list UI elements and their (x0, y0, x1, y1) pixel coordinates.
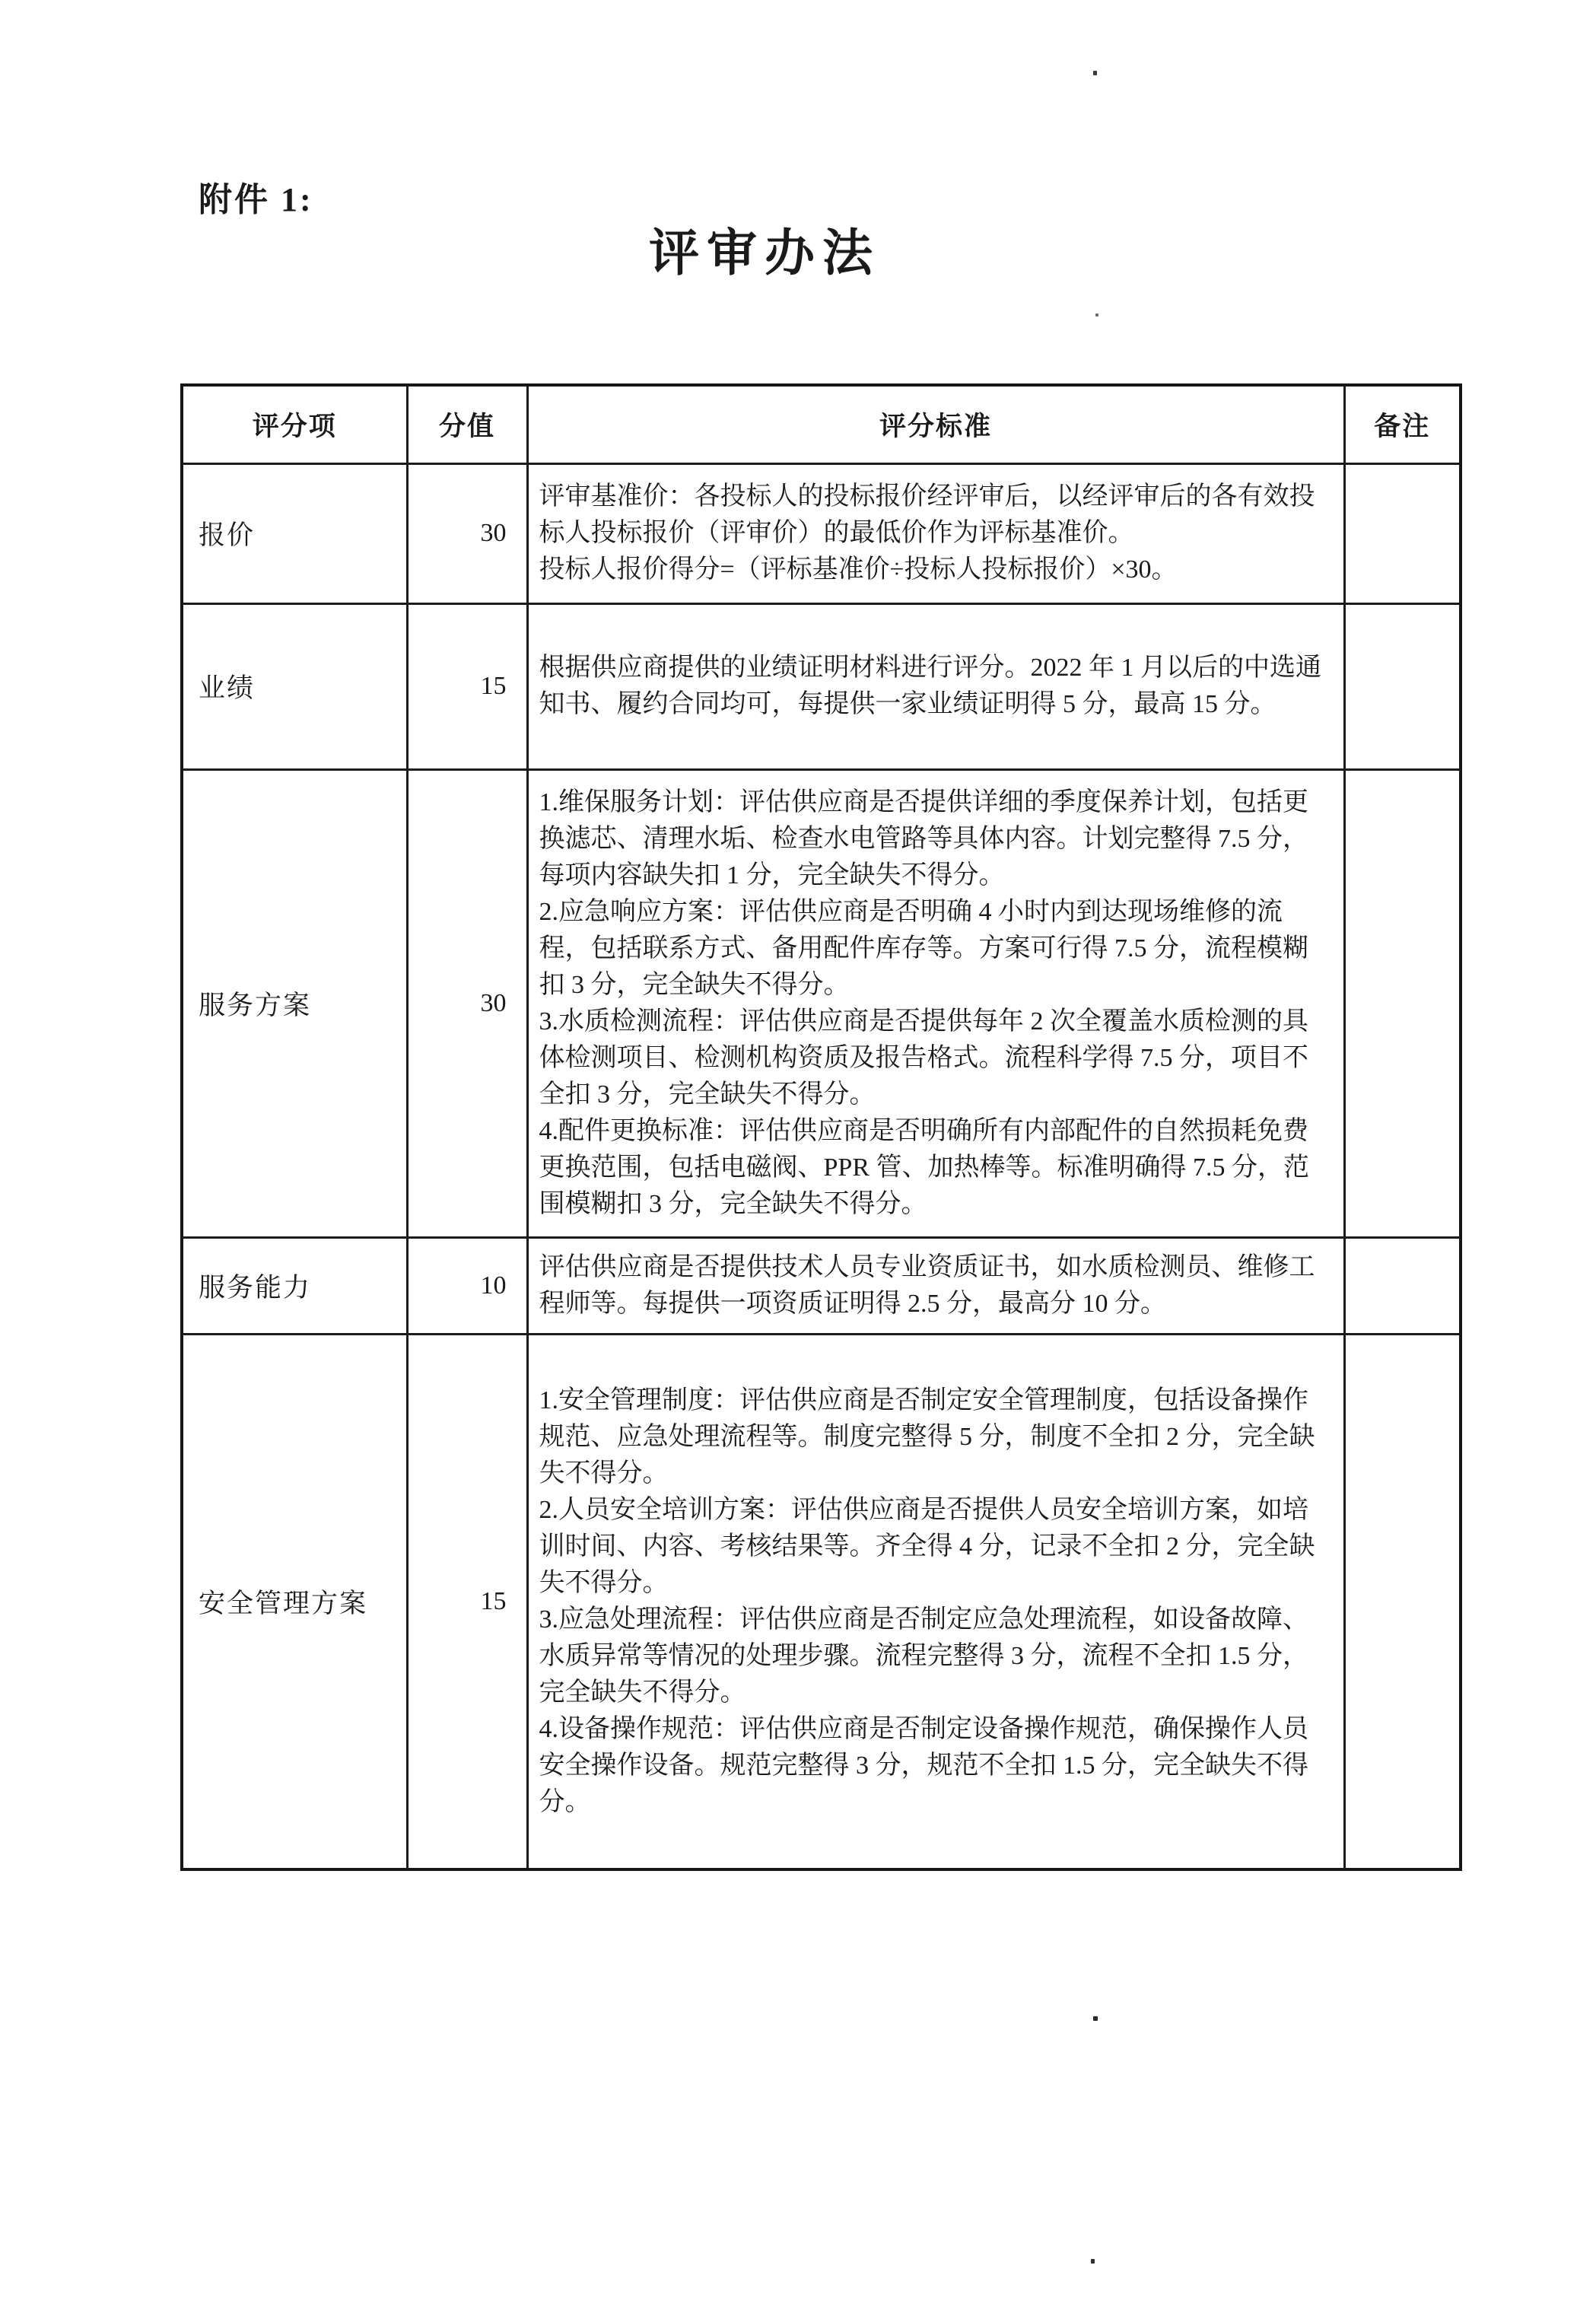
header-score-item: 评分项 (182, 385, 407, 463)
remark-cell (1344, 1334, 1461, 1869)
score-item-cell: 业绩 (182, 603, 407, 769)
evaluation-criteria-table: 评分项 分值 评分标准 备注 报价 30 评审基准价：各投标人的投标报价经评审后… (180, 383, 1462, 1871)
criteria-cell: 1.安全管理制度：评估供应商是否制定安全管理制度，包括设备操作规范、应急处理流程… (527, 1334, 1344, 1869)
criteria-cell: 评审基准价：各投标人的投标报价经评审后，以经评审后的各有效投标人投标报价（评审价… (527, 463, 1344, 603)
scan-speck (1091, 2259, 1095, 2264)
score-value-cell: 30 (407, 769, 527, 1237)
score-value-cell: 30 (407, 463, 527, 603)
criteria-cell: 根据供应商提供的业绩证明材料进行评分。2022 年 1 月以后的中选通知书、履约… (527, 603, 1344, 769)
scan-speck (1093, 71, 1097, 75)
score-item-cell: 安全管理方案 (182, 1334, 407, 1869)
remark-cell (1344, 1237, 1461, 1334)
page-title: 评审办法 (0, 227, 1529, 282)
score-item-cell: 服务方案 (182, 769, 407, 1237)
document-page: { "page": { "attachment_label": "附件 1:",… (0, 0, 1596, 2313)
remark-cell (1344, 769, 1461, 1237)
table-row-quote: 报价 30 评审基准价：各投标人的投标报价经评审后，以经评审后的各有效投标人投标… (182, 463, 1461, 603)
score-item-cell: 服务能力 (182, 1237, 407, 1334)
header-criteria: 评分标准 (527, 385, 1344, 463)
scan-speck (1095, 313, 1098, 317)
header-remark: 备注 (1344, 385, 1461, 463)
table-row-safety-management: 安全管理方案 15 1.安全管理制度：评估供应商是否制定安全管理制度，包括设备操… (182, 1334, 1461, 1869)
remark-cell (1344, 463, 1461, 603)
remark-cell (1344, 603, 1461, 769)
scan-speck (1093, 2016, 1098, 2021)
table-header-row: 评分项 分值 评分标准 备注 (182, 385, 1461, 463)
attachment-label: 附件 1: (199, 181, 313, 220)
table-row-service-capability: 服务能力 10 评估供应商是否提供技术人员专业资质证书，如水质检测员、维修工程师… (182, 1237, 1461, 1334)
header-score-value: 分值 (407, 385, 527, 463)
table-row-service-plan: 服务方案 30 1.维保服务计划：评估供应商是否提供详细的季度保养计划，包括更换… (182, 769, 1461, 1237)
score-value-cell: 15 (407, 603, 527, 769)
score-value-cell: 15 (407, 1334, 527, 1869)
criteria-cell: 1.维保服务计划：评估供应商是否提供详细的季度保养计划，包括更换滤芯、清理水垢、… (527, 769, 1344, 1237)
table-row-performance: 业绩 15 根据供应商提供的业绩证明材料进行评分。2022 年 1 月以后的中选… (182, 603, 1461, 769)
criteria-cell: 评估供应商是否提供技术人员专业资质证书，如水质检测员、维修工程师等。每提供一项资… (527, 1237, 1344, 1334)
score-item-cell: 报价 (182, 463, 407, 603)
score-value-cell: 10 (407, 1237, 527, 1334)
